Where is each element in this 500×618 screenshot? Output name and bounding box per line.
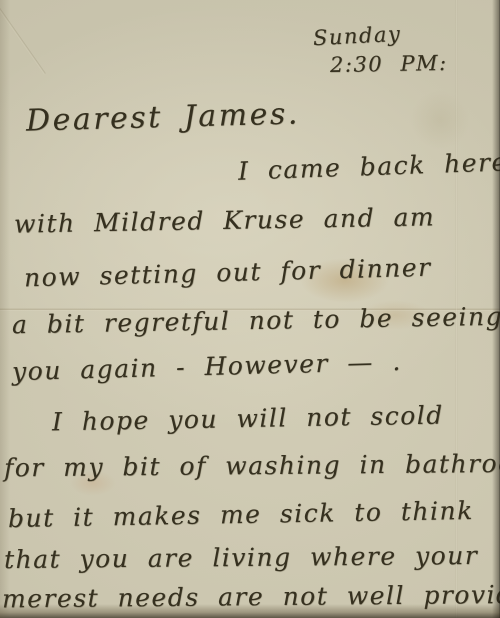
letter-page: Sunday 2:30 PM: Dearest James. I came ba… — [0, 0, 500, 618]
letter-line: a bit regretful not to be seeing — [12, 302, 500, 340]
letter-line: with Mildred Kruse and am — [14, 202, 436, 238]
letter-line: you again - However — . — [12, 347, 402, 386]
paper-crease — [0, 8, 46, 75]
dateline-time: 2:30 PM: — [330, 51, 448, 77]
letter-line: but it makes me sick to think — [8, 496, 474, 533]
letter-line: I came back here — [238, 147, 500, 185]
salutation: Dearest James. — [26, 96, 301, 138]
letter-line: that you are living where your — [4, 541, 478, 574]
letter-line: I hope you will not scold — [52, 401, 444, 437]
letter-line: for my bit of washing in bathroom — [4, 449, 500, 483]
paper-stain — [410, 90, 470, 150]
dateline-day: Sunday — [312, 22, 401, 51]
letter-line: merest needs are not well provided. — [2, 580, 500, 614]
letter-line: now setting out for dinner — [24, 253, 432, 293]
